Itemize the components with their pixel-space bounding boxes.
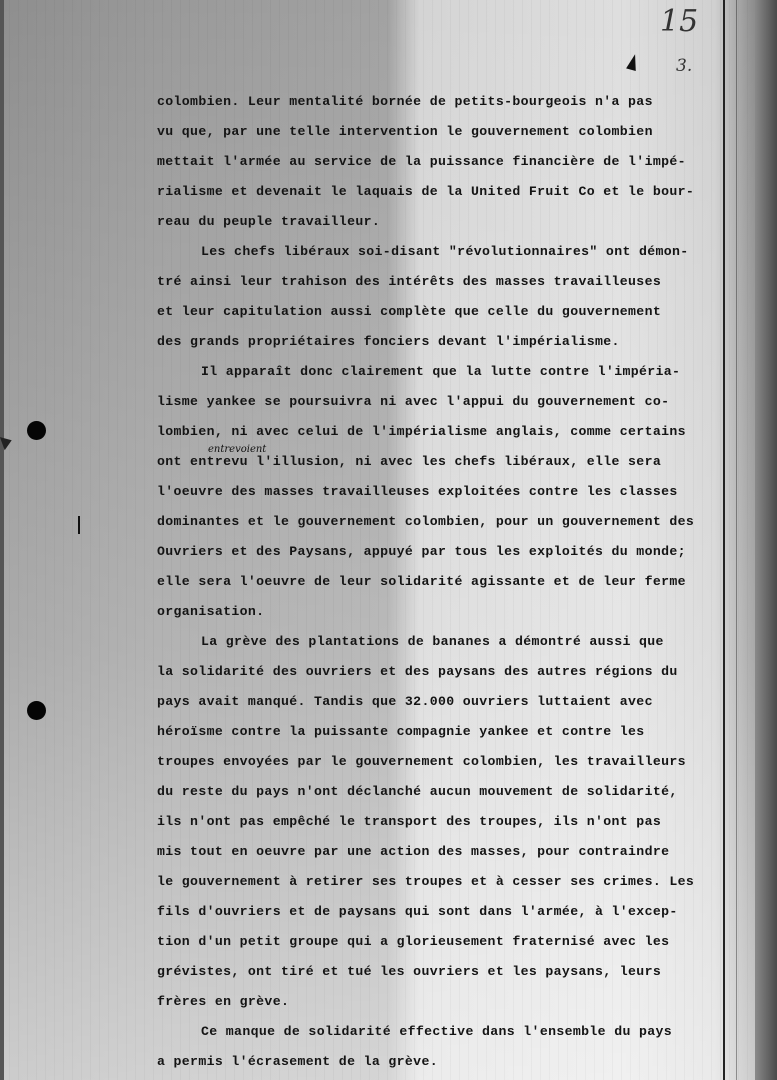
text-line: troupes envoyées par le gouvernement col… [157,747,732,777]
text-line: Les chefs libéraux soi-disant "révolutio… [157,237,732,267]
text-line: l'oeuvre des masses travailleuses exploi… [157,477,732,507]
text-line: colombien. Leur mentalité bornée de peti… [157,87,732,117]
scanned-page: 15 3. entrevoient colombien. Leur mental… [0,0,777,1080]
text-line: héroïsme contre la puissante compagnie y… [157,717,732,747]
text-line: vu que, par une telle intervention le go… [157,117,732,147]
scan-right-edge [755,0,777,1080]
margin-tick-mark [78,516,80,534]
text-line: dominantes et le gouvernement colombien,… [157,507,732,537]
text-line: mettait l'armée au service de la puissan… [157,147,732,177]
text-line: elle sera l'oeuvre de leur solidarité ag… [157,567,732,597]
text-line: pays avait manqué. Tandis que 32.000 ouv… [157,687,732,717]
ink-blot-icon [626,53,640,71]
text-line: lisme yankee se poursuivra ni avec l'app… [157,387,732,417]
text-line: la solidarité des ouvriers et des paysan… [157,657,732,687]
text-line: des grands propriétaires fonciers devant… [157,327,732,357]
text-line: grévistes, ont tiré et tué les ouvriers … [157,957,732,987]
text-line: le gouvernement à retirer ses troupes et… [157,867,732,897]
punch-hole-icon [27,701,46,720]
text-line: fils d'ouvriers et de paysans qui sont d… [157,897,732,927]
text-line: mis tout en oeuvre par une action des ma… [157,837,732,867]
text-line: Il apparaît donc clairement que la lutte… [157,357,732,387]
text-line: La grève des plantations de bananes a dé… [157,627,732,657]
text-line: rialisme et devenait le laquais de la Un… [157,177,732,207]
text-line: et leur capitulation aussi complète que … [157,297,732,327]
text-line: Ouvriers et des Paysans, appuyé par tous… [157,537,732,567]
text-line: Ce manque de solidarité effective dans l… [157,1017,732,1047]
margin-rule-secondary [736,0,737,1080]
typewritten-body: colombien. Leur mentalité bornée de peti… [157,87,732,1077]
scan-left-edge [0,0,4,1080]
punch-hole-icon [27,421,46,440]
handwritten-sheet-number: 3. [676,56,692,76]
text-line: tion d'un petit groupe qui a glorieuseme… [157,927,732,957]
text-line: reau du peuple travailleur. [157,207,732,237]
text-line: du reste du pays n'ont déclanché aucun m… [157,777,732,807]
handwritten-page-number: 15 [660,4,698,39]
text-line: organisation. [157,597,732,627]
text-line: ils n'ont pas empêché le transport des t… [157,807,732,837]
text-line: a permis l'écrasement de la grève. [157,1047,732,1077]
text-line: tré ainsi leur trahison des intérêts des… [157,267,732,297]
text-line: lombien, ni avec celui de l'impérialisme… [157,417,732,447]
text-line: ont entrevu l'illusion, ni avec les chef… [157,447,732,477]
text-line: frères en grève. [157,987,732,1017]
